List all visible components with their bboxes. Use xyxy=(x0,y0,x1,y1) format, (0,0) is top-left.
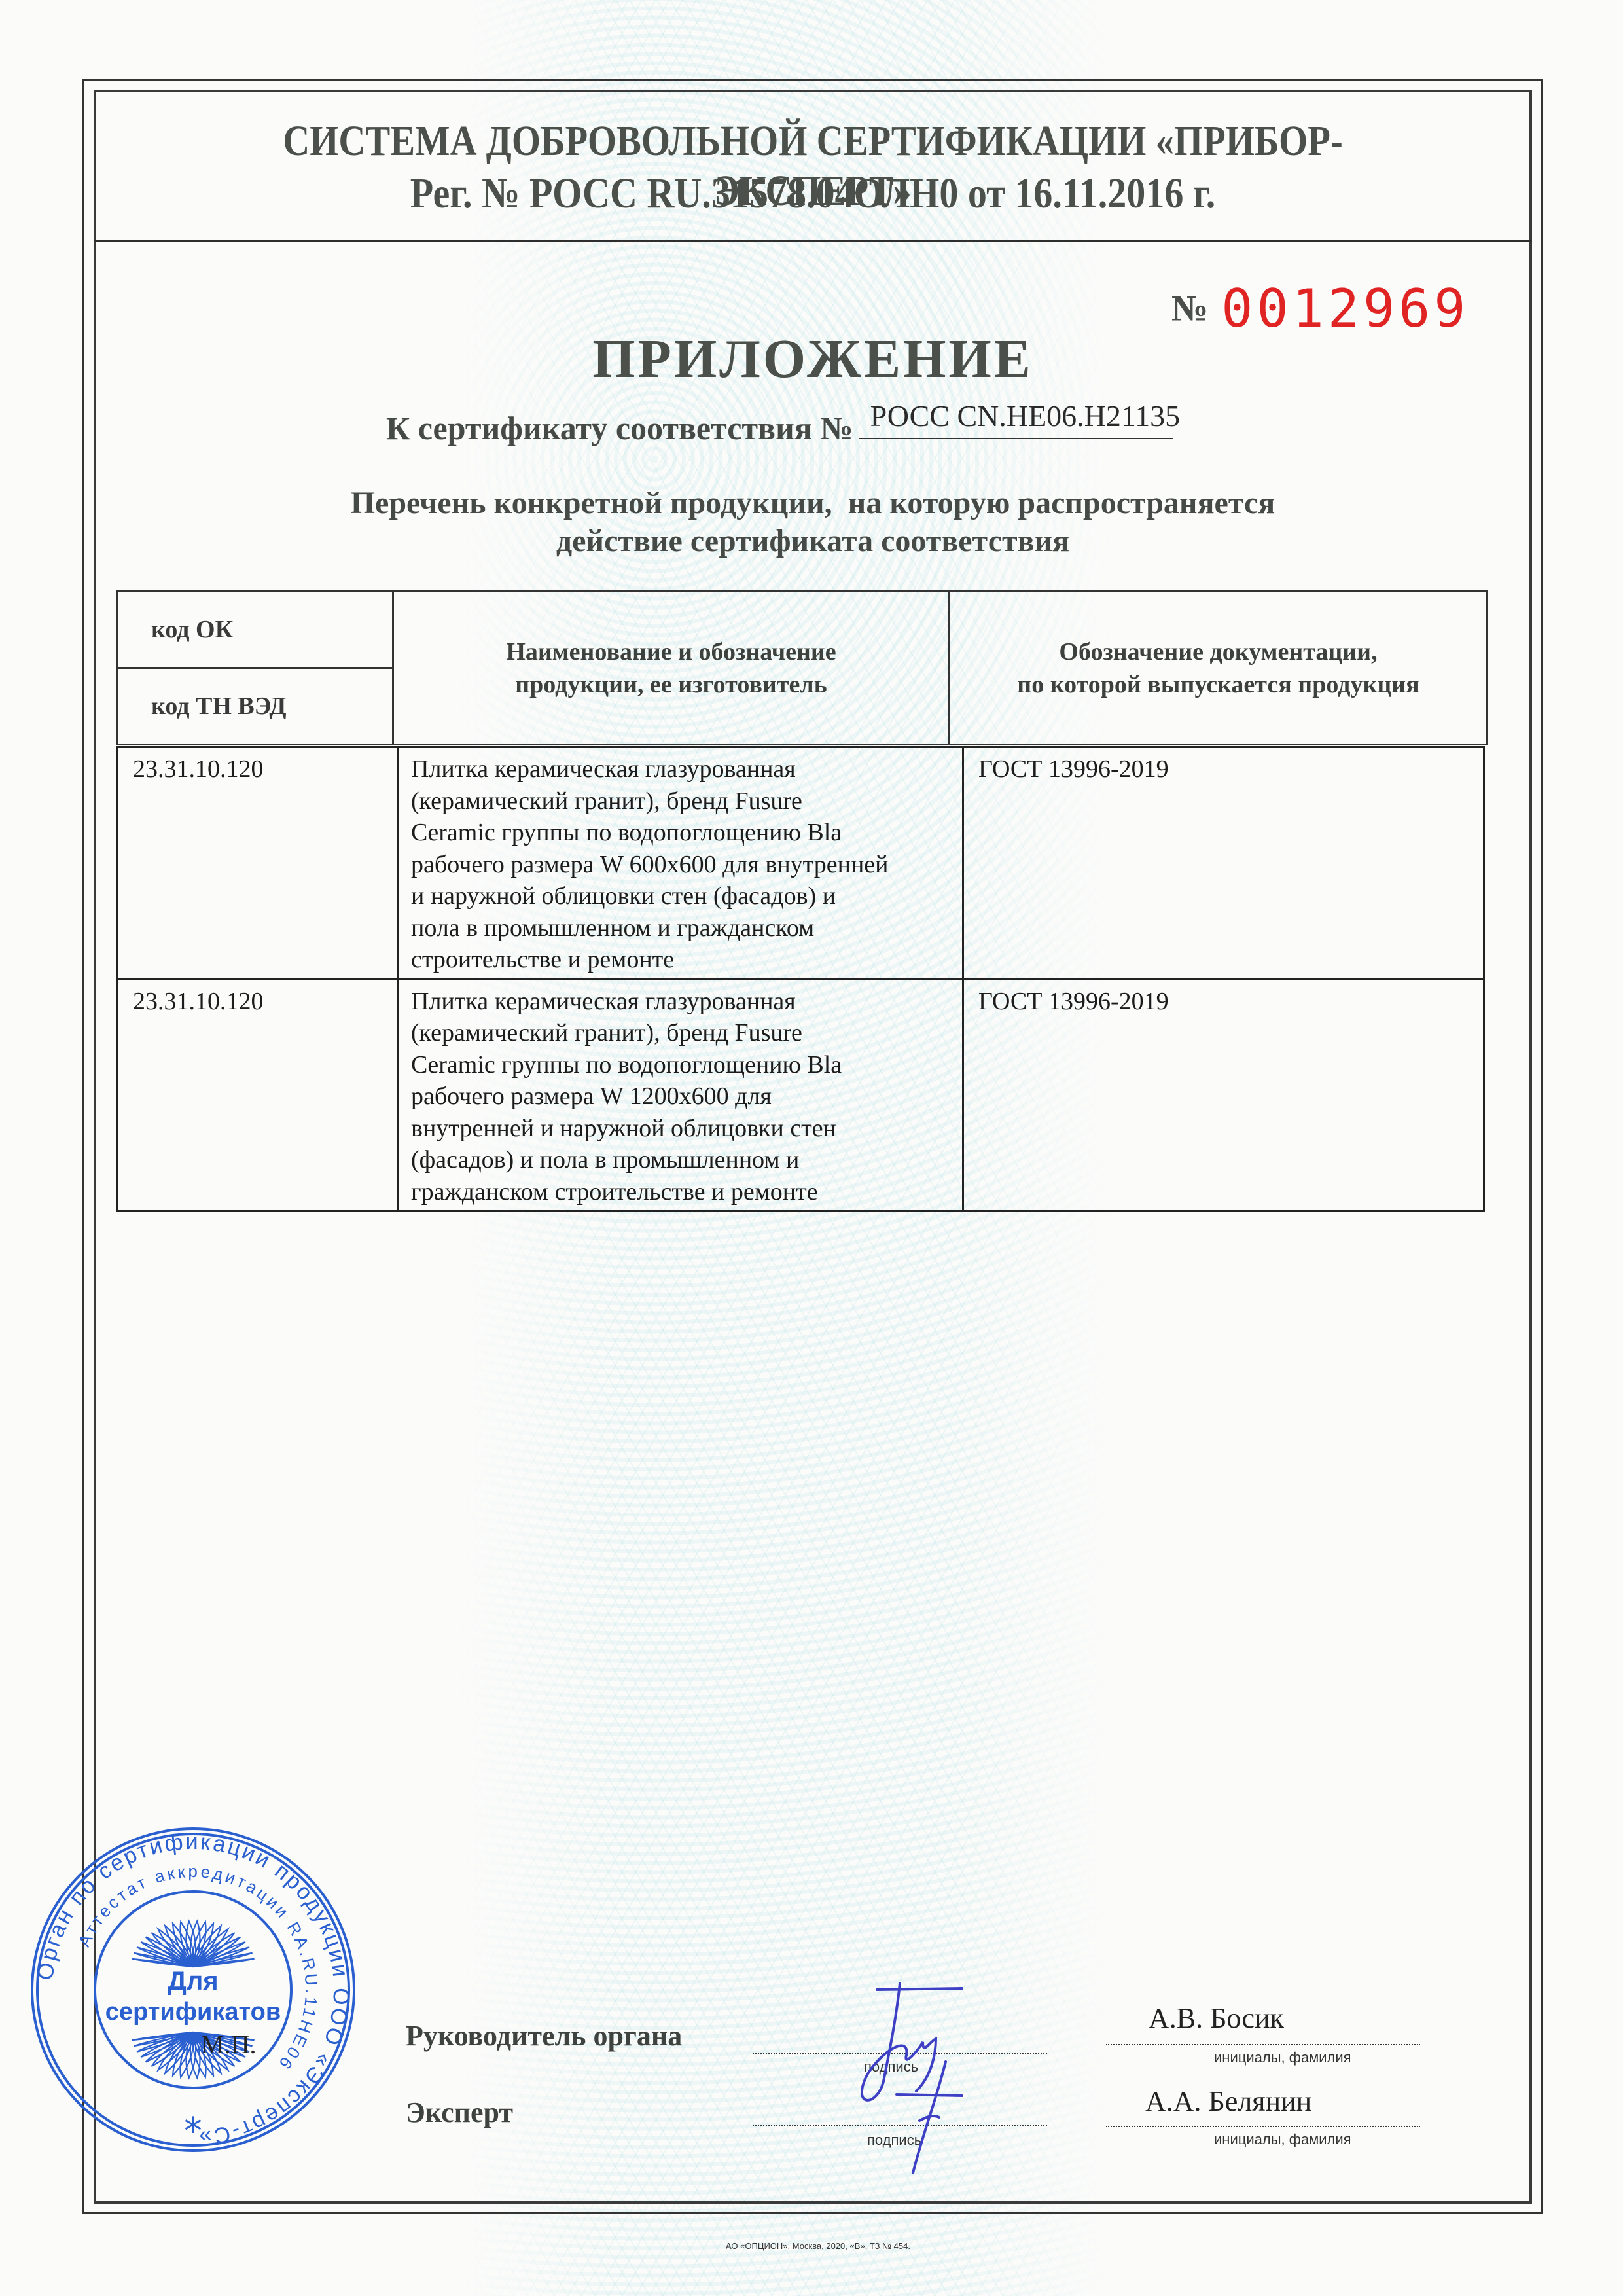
product-list-heading: Перечень конкретной продукции, на котору… xyxy=(96,484,1529,560)
product-standard: ГОСТ 13996-2019 xyxy=(963,747,1484,980)
head-name-line xyxy=(1106,2044,1420,2045)
expert-name: А.А. Белянин xyxy=(1145,2085,1311,2118)
header-docs-line1: Обозначение документации, xyxy=(950,636,1486,668)
certificate-number: РОСС CN.HE06.H21135 xyxy=(870,399,1181,433)
product-standard: ГОСТ 13996-2019 xyxy=(963,979,1484,1211)
certificate-reference: К сертификату соответствия №РОСС CN.HE06… xyxy=(386,409,1173,447)
header-documentation: Обозначение документации, по которой вып… xyxy=(950,592,1488,745)
table-row: 23.31.10.120Плитка керамическая глазуров… xyxy=(118,747,1484,980)
product-description-line: строительстве и ремонте xyxy=(411,944,955,976)
product-description-line: рабочего размера W 1200x600 для xyxy=(411,1081,955,1113)
organization-seal-stamp: Орган по сертификации продукции ООО «Экс… xyxy=(29,1826,357,2153)
svg-text:Для: Для xyxy=(168,1967,218,1996)
product-description-line: рабочего размера W 600x600 для внутренне… xyxy=(411,849,955,881)
product-description-line: Плитка керамическая глазурованная xyxy=(411,986,955,1018)
product-description-line: внутренней и наружной облицовки стен xyxy=(411,1113,955,1145)
product-code: 23.31.10.120 xyxy=(118,747,399,980)
product-description-line: пола в промышленном и гражданском xyxy=(411,912,955,944)
expert-signature-icon xyxy=(851,2049,1021,2179)
head-name: А.В. Босик xyxy=(1149,2001,1284,2035)
head-name-caption: инициалы, фамилия xyxy=(1214,2049,1351,2066)
head-of-body-label: Руководитель органа xyxy=(406,2019,682,2053)
header-product-line2: продукции, ее изготовитель xyxy=(394,668,948,701)
certificate-number-field: РОСС CN.HE06.H21135 xyxy=(859,433,1173,439)
products-table: 23.31.10.120Плитка керамическая глазуров… xyxy=(116,746,1485,1212)
svg-text:*: * xyxy=(184,2110,202,2153)
product-description-line: и наружной облицовки стен (фасадов) и xyxy=(411,880,955,912)
product-description-line: (керамический гранит), бренд Fusure xyxy=(411,785,955,817)
svg-text:сертификатов: сертификатов xyxy=(105,1998,281,2026)
product-list-heading-line2: действие сертификата соответствия xyxy=(96,522,1529,560)
product-description-line: гражданском строительстве и ремонте xyxy=(411,1176,955,1208)
header-divider xyxy=(94,240,1532,242)
product-description: Плитка керамическая глазурованная(керами… xyxy=(399,979,963,1211)
expert-name-line xyxy=(1106,2126,1420,2127)
product-list-heading-line1: Перечень конкретной продукции, на котору… xyxy=(96,484,1529,522)
header-product-name: Наименование и обозначение продукции, ее… xyxy=(393,592,950,745)
expert-name-caption: инициалы, фамилия xyxy=(1214,2131,1351,2148)
document-title: ПРИЛОЖЕНИЕ xyxy=(96,327,1529,391)
header-code-ok: код ОК xyxy=(118,592,393,668)
products-table-header: код ОК Наименование и обозначение продук… xyxy=(116,590,1488,745)
product-description-line: Ceramic группы по водопоглощению Bla xyxy=(411,817,955,849)
seal-placeholder-mark: М.П. xyxy=(201,2029,256,2060)
header-code-tnved: код ТН ВЭД xyxy=(118,668,393,745)
registration-number: Рег. № РОСС RU.31578.04ОЛН0 от 16.11.201… xyxy=(182,169,1443,219)
certificate-reference-label: К сертификату соответствия № xyxy=(386,410,853,446)
product-code: 23.31.10.120 xyxy=(118,979,399,1211)
product-description-line: (керамический гранит), бренд Fusure xyxy=(411,1017,955,1049)
product-description: Плитка керамическая глазурованная(керами… xyxy=(399,747,963,980)
header-product-line1: Наименование и обозначение xyxy=(394,636,948,668)
product-description-line: (фасадов) и пола в промышленном и xyxy=(411,1144,955,1176)
printer-imprint: АО «ОПЦИОН», Москва, 2020, «В», ТЗ № 454… xyxy=(589,2241,1047,2251)
expert-label: Эксперт xyxy=(406,2096,513,2129)
product-description-line: Плитка керамическая глазурованная xyxy=(411,753,955,785)
number-sign: № xyxy=(1171,289,1208,329)
table-row: 23.31.10.120Плитка керамическая глазуров… xyxy=(118,979,1484,1211)
header-docs-line2: по которой выпускается продукция xyxy=(950,668,1486,701)
product-description-line: Ceramic группы по водопоглощению Bla xyxy=(411,1049,955,1081)
